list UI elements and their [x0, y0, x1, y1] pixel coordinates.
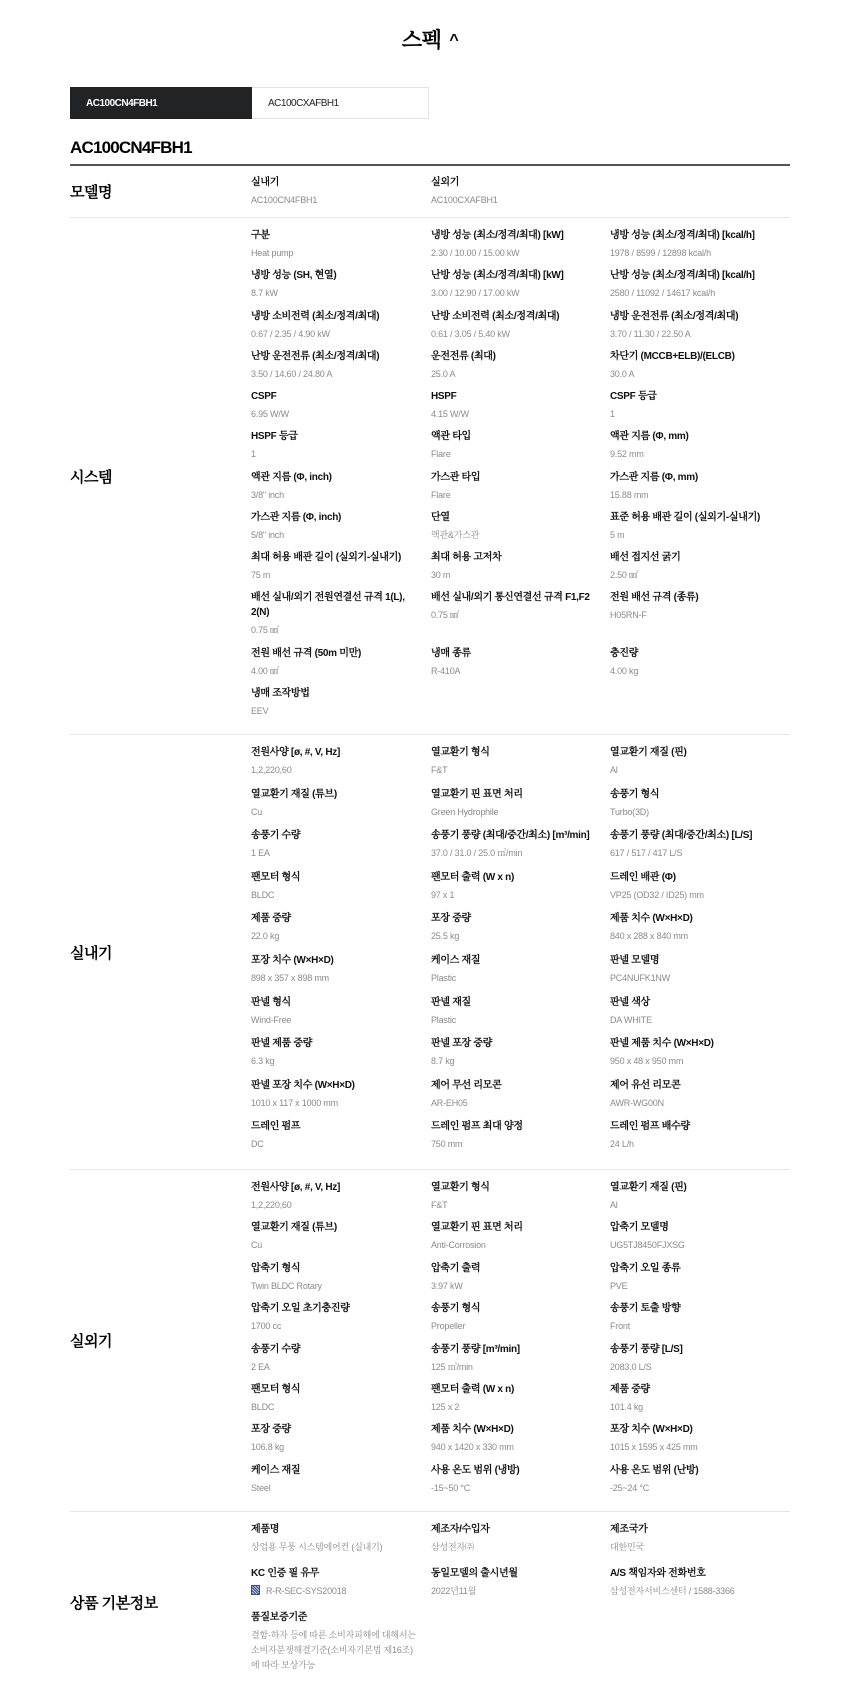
spec-item: 사용 온도 범위 (난방)-25~24 °C — [610, 1463, 790, 1503]
spec-value: 950 x 48 x 950 mm — [610, 1054, 778, 1069]
section-model: 모델명 실내기AC100CN4FBH1 실외기AC100CXAFBH1 — [70, 166, 790, 218]
spec-key: A/S 책임자와 전화번호 — [610, 1566, 778, 1581]
spec-key: 냉방 소비전력 (최소/정격/최대) — [251, 309, 419, 324]
spec-item: 판넬 형식Wind-Free — [251, 995, 431, 1037]
spec-item: 송풍기 풍량 (최대/중간/최소) [m³/min]37.0 / 31.0 / … — [431, 828, 610, 870]
section-system: 시스템 구분Heat pump냉방 성능 (최소/정격/최대) [kW]2.30… — [70, 218, 790, 735]
spec-item: 액관 지름 (Φ, inch)3/8" inch — [251, 470, 431, 510]
spec-value: Green Hydrophile — [431, 805, 598, 820]
spec-value: Plastic — [431, 971, 598, 986]
spec-value: VP25 (OD32 / ID25) mm — [610, 888, 778, 903]
spec-key: 냉매 조작방법 — [251, 686, 419, 701]
spec-item: 드레인 펌프 최대 양정750 mm — [431, 1119, 610, 1161]
spec-key: 가스관 지름 (Φ, inch) — [251, 510, 419, 525]
spec-item: 단열액관&가스관 — [431, 510, 610, 550]
spec-key: 판넬 색상 — [610, 995, 778, 1010]
spec-key: 난방 성능 (최소/정격/최대) [kcal/h] — [610, 268, 778, 283]
spec-value-text: R-R-SEC-SYS20018 — [266, 1586, 346, 1596]
spec-section-toggle[interactable]: 스펙^ — [0, 24, 860, 54]
spec-item: 사용 온도 범위 (냉방)-15~50 °C — [431, 1463, 610, 1503]
spec-item: 구분Heat pump — [251, 228, 431, 268]
spec-item: 난방 소비전력 (최소/정격/최대)0.61 / 3.05 / 5.40 kW — [431, 309, 610, 349]
spec-item: 전원사양 [ø, #, V, Hz]1,2,220,60 — [251, 745, 431, 787]
spec-value: Heat pump — [251, 246, 419, 261]
spec-item: 판넬 제품 중량6.3 kg — [251, 1036, 431, 1078]
spec-value: PVE — [610, 1279, 778, 1294]
spec-item: 판넬 재질Plastic — [431, 995, 610, 1037]
spec-item: CSPF6.95 W/W — [251, 389, 431, 429]
spec-key: 판넬 재질 — [431, 995, 598, 1010]
spec-item: 제조국가대한민국 — [610, 1522, 790, 1566]
spec-value: 4.00 kg — [610, 664, 778, 679]
spec-item: 송풍기 풍량 [m³/min]125 ㎥/min — [431, 1342, 610, 1382]
spec-value: Al — [610, 763, 778, 778]
spec-item: 팬모터 출력 (W x n)125 x 2 — [431, 1382, 610, 1422]
spec-item: 드레인 펌프DC — [251, 1119, 431, 1161]
spec-key: 냉매 종류 — [431, 646, 598, 661]
spec-item: 판넬 포장 중량8.7 kg — [431, 1036, 610, 1078]
kc-certification-icon — [251, 1585, 260, 1595]
spec-key: 난방 성능 (최소/정격/최대) [kW] — [431, 268, 598, 283]
spec-value: 0.61 / 3.05 / 5.40 kW — [431, 327, 598, 342]
spec-item: 가스관 지름 (Φ, inch)5/8" inch — [251, 510, 431, 550]
spec-key: 열교환기 재질 (핀) — [610, 1180, 778, 1195]
spec-item: 판넬 제품 치수 (W×H×D)950 x 48 x 950 mm — [610, 1036, 790, 1078]
spec-key: 차단기 (MCCB+ELB)/(ELCB) — [610, 349, 778, 364]
spec-value: EEV — [251, 704, 419, 719]
spec-item: 가스관 지름 (Φ, mm)15.88 mm — [610, 470, 790, 510]
spec-item: 냉방 운전전류 (최소/정격/최대)3.70 / 11.30 / 22.50 A — [610, 309, 790, 349]
spec-key: 송풍기 풍량 [m³/min] — [431, 1342, 598, 1357]
spec-item: A/S 책임자와 전화번호삼성전자서비스센터 / 1588-3366 — [610, 1566, 790, 1610]
spec-item: 압축기 출력3.97 kW — [431, 1261, 610, 1301]
spec-item: 냉방 소비전력 (최소/정격/최대)0.67 / 2.35 / 4.90 kW — [251, 309, 431, 349]
spec-key: 열교환기 핀 표면 처리 — [431, 1220, 598, 1235]
chevron-up-icon[interactable]: ^ — [449, 32, 458, 50]
spec-item: KC 인증 필 유무R-R-SEC-SYS20018 — [251, 1566, 431, 1610]
spec-item: 압축기 오일 초기충진량1700 cc — [251, 1301, 431, 1341]
section-label: 시스템 — [70, 218, 251, 734]
spec-item: 액관 타입Flare — [431, 429, 610, 469]
spec-value: 1 EA — [251, 846, 419, 861]
spec-value: DA WHITE — [610, 1013, 778, 1028]
spec-item: 팬모터 형식BLDC — [251, 870, 431, 912]
spec-key: 판넬 모델명 — [610, 953, 778, 968]
spec-value: 2580 / 11092 / 14617 kcal/h — [610, 286, 778, 301]
spec-item: 제어 무선 리모콘AR-EH05 — [431, 1078, 610, 1120]
spec-key: 케이스 재질 — [431, 953, 598, 968]
spec-item: 배선 접지선 굵기2.50 ㎟ — [610, 550, 790, 590]
spec-key: 송풍기 형식 — [610, 787, 778, 802]
spec-value: PC4NUFK1NW — [610, 971, 778, 986]
spec-item: 최대 허용 고저차30 m — [431, 550, 610, 590]
spec-key: 실외기 — [431, 175, 598, 190]
spec-value: 3/8" inch — [251, 488, 419, 503]
spec-value: 6.3 kg — [251, 1054, 419, 1069]
spec-item: 실외기AC100CXAFBH1 — [431, 175, 610, 214]
spec-value: 6.95 W/W — [251, 407, 419, 422]
spec-item: 냉매 조작방법EEV — [251, 686, 431, 726]
spec-item: 팬모터 형식BLDC — [251, 1382, 431, 1422]
spec-item: 제어 유선 리모콘AWR-WG00N — [610, 1078, 790, 1120]
spec-item: HSPF 등급1 — [251, 429, 431, 469]
spec-item: 운전전류 (최대)25.0 A — [431, 349, 610, 389]
spec-value: 삼성전자㈜ — [431, 1540, 598, 1555]
spec-value: R-R-SEC-SYS20018 — [251, 1584, 419, 1599]
spec-value: Flare — [431, 447, 598, 462]
spec-value: 0.75 ㎟ — [431, 608, 598, 623]
spec-key: 전원사양 [ø, #, V, Hz] — [251, 1180, 419, 1195]
spec-key: 열교환기 재질 (튜브) — [251, 787, 419, 802]
spec-item: 제품 중량22.0 kg — [251, 911, 431, 953]
spec-table: 모델명 실내기AC100CN4FBH1 실외기AC100CXAFBH1 시스템 … — [70, 164, 790, 1687]
spec-item: 제품 치수 (W×H×D)840 x 288 x 840 mm — [610, 911, 790, 953]
spec-key: 판넬 제품 중량 — [251, 1036, 419, 1051]
spec-key: 판넬 제품 치수 (W×H×D) — [610, 1036, 778, 1051]
spec-item: 송풍기 형식Propeller — [431, 1301, 610, 1341]
section-label: 상품 기본정보 — [70, 1512, 251, 1687]
spec-item: 열교환기 형식F&T — [431, 1180, 610, 1220]
spec-item: 포장 중량25.5 kg — [431, 911, 610, 953]
spec-value: Cu — [251, 1238, 419, 1253]
section-body: 전원사양 [ø, #, V, Hz]1,2,220,60열교환기 형식F&T열교… — [251, 735, 790, 1169]
spec-value: -15~50 °C — [431, 1481, 598, 1496]
spec-value: 97 x 1 — [431, 888, 598, 903]
spec-value: 1 — [610, 407, 778, 422]
spec-key: 가스관 타입 — [431, 470, 598, 485]
spec-key: 드레인 펌프 최대 양정 — [431, 1119, 598, 1134]
spec-value: Front — [610, 1319, 778, 1334]
spec-item: 차단기 (MCCB+ELB)/(ELCB)30.0 A — [610, 349, 790, 389]
spec-item: 송풍기 풍량 (최대/중간/최소) [L/S]617 / 517 / 417 L… — [610, 828, 790, 870]
spec-item: HSPF4.15 W/W — [431, 389, 610, 429]
spec-item: 품질보증기준결함·하자 등에 따른 소비자피해에 대해서는 소비자분쟁해결기준(… — [251, 1610, 431, 1684]
spec-item: 송풍기 형식Turbo(3D) — [610, 787, 790, 829]
spec-value: 1,2,220,60 — [251, 1198, 419, 1213]
spec-value: 2083.0 L/S — [610, 1360, 778, 1375]
spec-key: 열교환기 재질 (튜브) — [251, 1220, 419, 1235]
spec-item: 송풍기 수량1 EA — [251, 828, 431, 870]
spec-value: AR-EH05 — [431, 1096, 598, 1111]
spec-item: 전원 배선 규격 (종류)H05RN-F — [610, 590, 790, 645]
model-heading: AC100CN4FBH1 — [70, 138, 192, 158]
spec-value: 5 m — [610, 528, 778, 543]
spec-item: 송풍기 토출 방향Front — [610, 1301, 790, 1341]
spec-key: 포장 치수 (W×H×D) — [610, 1422, 778, 1437]
spec-item: 동일모델의 출시년월2022년11월 — [431, 1566, 610, 1610]
spec-value: H05RN-F — [610, 608, 778, 623]
spec-item: 난방 성능 (최소/정격/최대) [kW]3.00 / 12.90 / 17.0… — [431, 268, 610, 308]
spec-value: 삼성전자서비스센터 / 1588-3366 — [610, 1584, 778, 1599]
spec-item: 제조자/수입자삼성전자㈜ — [431, 1522, 610, 1566]
section-label: 실내기 — [70, 735, 251, 1169]
spec-item: 실내기AC100CN4FBH1 — [251, 175, 431, 214]
spec-key: 판넬 포장 중량 — [431, 1036, 598, 1051]
spec-item: 가스관 타입Flare — [431, 470, 610, 510]
spec-item: 송풍기 수량2 EA — [251, 1342, 431, 1382]
spec-value: DC — [251, 1137, 419, 1152]
spec-key: 전원 배선 규격 (종류) — [610, 590, 778, 605]
spec-value: 30 m — [431, 568, 598, 583]
spec-key: HSPF — [431, 389, 598, 404]
spec-key: 포장 중량 — [251, 1422, 419, 1437]
section-basic-info: 상품 기본정보 제품명상업용 무풍 시스템에어컨 (실내기)제조자/수입자삼성전… — [70, 1512, 790, 1687]
spec-value: 2022년11월 — [431, 1584, 598, 1599]
spec-value: 5/8" inch — [251, 528, 419, 543]
spec-key: 충진량 — [610, 646, 778, 661]
spec-key: 판넬 형식 — [251, 995, 419, 1010]
spec-item: 포장 치수 (W×H×D)898 x 357 x 898 mm — [251, 953, 431, 995]
spec-key: 실내기 — [251, 175, 419, 190]
spec-value: 106.8 kg — [251, 1440, 419, 1455]
spec-item: CSPF 등급1 — [610, 389, 790, 429]
spec-value: 898 x 357 x 898 mm — [251, 971, 419, 986]
spec-item: 열교환기 핀 표면 처리Green Hydrophile — [431, 787, 610, 829]
spec-key: 가스관 지름 (Φ, mm) — [610, 470, 778, 485]
model-tabs: AC100CN4FBH1 AC100CXAFBH1 — [70, 87, 429, 119]
section-label: 모델명 — [70, 166, 251, 217]
spec-value: AC100CXAFBH1 — [431, 193, 598, 208]
spec-value: 750 mm — [431, 1137, 598, 1152]
spec-key: 열교환기 재질 (핀) — [610, 745, 778, 760]
spec-key: 제품 중량 — [251, 911, 419, 926]
spec-key: 드레인 배관 (Φ) — [610, 870, 778, 885]
spec-key: 제품 치수 (W×H×D) — [431, 1422, 598, 1437]
spec-value: 4.15 W/W — [431, 407, 598, 422]
spec-key: 송풍기 풍량 (최대/중간/최소) [m³/min] — [431, 828, 598, 843]
spec-key: 압축기 출력 — [431, 1261, 598, 1276]
spec-value: 1978 / 8599 / 12898 kcal/h — [610, 246, 778, 261]
spec-key: 압축기 오일 종류 — [610, 1261, 778, 1276]
spec-value: 1700 cc — [251, 1319, 419, 1334]
spec-key: 팬모터 형식 — [251, 870, 419, 885]
spec-key: 동일모델의 출시년월 — [431, 1566, 598, 1581]
spec-key: CSPF 등급 — [610, 389, 778, 404]
spec-key: 드레인 펌프 배수량 — [610, 1119, 778, 1134]
spec-key: 사용 온도 범위 (난방) — [610, 1463, 778, 1478]
spec-key: 제품명 — [251, 1522, 419, 1537]
spec-value: 액관&가스관 — [431, 528, 598, 543]
spec-item: 열교환기 재질 (튜브)Cu — [251, 1220, 431, 1260]
spec-key: 압축기 오일 초기충진량 — [251, 1301, 419, 1316]
spec-value: 2.50 ㎟ — [610, 568, 778, 583]
spec-key: 냉방 성능 (최소/정격/최대) [kcal/h] — [610, 228, 778, 243]
spec-key: 송풍기 풍량 [L/S] — [610, 1342, 778, 1357]
section-body: 구분Heat pump냉방 성능 (최소/정격/최대) [kW]2.30 / 1… — [251, 218, 790, 734]
spec-key: 표준 허용 배관 길이 (실외기-실내기) — [610, 510, 778, 525]
spec-item: 압축기 형식Twin BLDC Rotary — [251, 1261, 431, 1301]
spec-item: 액관 지름 (Φ, mm)9.52 mm — [610, 429, 790, 469]
spec-value: 8.7 kW — [251, 286, 419, 301]
spec-key: 배선 접지선 굵기 — [610, 550, 778, 565]
spec-key: 팬모터 출력 (W x n) — [431, 1382, 598, 1397]
spec-value: Flare — [431, 488, 598, 503]
spec-key: 열교환기 형식 — [431, 1180, 598, 1195]
spec-item: 냉매 종류R-410A — [431, 646, 610, 686]
spec-value: Anti-Corrosion — [431, 1238, 598, 1253]
spec-item: 케이스 재질Steel — [251, 1463, 431, 1503]
spec-value: 30.0 A — [610, 367, 778, 382]
spec-key: 액관 지름 (Φ, inch) — [251, 470, 419, 485]
spec-item: 판넬 모델명PC4NUFK1NW — [610, 953, 790, 995]
spec-key: 최대 허용 배관 길이 (실외기-실내기) — [251, 550, 419, 565]
spec-value: 125 x 2 — [431, 1400, 598, 1415]
spec-value: 1 — [251, 447, 419, 462]
spec-value: BLDC — [251, 1400, 419, 1415]
spec-key: 제품 치수 (W×H×D) — [610, 911, 778, 926]
spec-item: 팬모터 출력 (W x n)97 x 1 — [431, 870, 610, 912]
spec-key: 액관 지름 (Φ, mm) — [610, 429, 778, 444]
spec-value: Propeller — [431, 1319, 598, 1334]
spec-key: 제어 유선 리모콘 — [610, 1078, 778, 1093]
spec-value: Twin BLDC Rotary — [251, 1279, 419, 1294]
spec-value: 2.30 / 10.00 / 15.00 kW — [431, 246, 598, 261]
spec-value: 840 x 288 x 840 mm — [610, 929, 778, 944]
spec-item: 송풍기 풍량 [L/S]2083.0 L/S — [610, 1342, 790, 1382]
spec-key: 전원사양 [ø, #, V, Hz] — [251, 745, 419, 760]
spec-value: 24 L/h — [610, 1137, 778, 1152]
tab-model-indoor[interactable]: AC100CN4FBH1 — [70, 87, 252, 119]
spec-key: 포장 치수 (W×H×D) — [251, 953, 419, 968]
spec-key: 단열 — [431, 510, 598, 525]
spec-key: 송풍기 토출 방향 — [610, 1301, 778, 1316]
spec-item: 열교환기 재질 (핀)Al — [610, 1180, 790, 1220]
spec-item: 난방 성능 (최소/정격/최대) [kcal/h]2580 / 11092 / … — [610, 268, 790, 308]
spec-value: BLDC — [251, 888, 419, 903]
spec-value: 15.88 mm — [610, 488, 778, 503]
spec-item: 제품 중량101.4 kg — [610, 1382, 790, 1422]
spec-key: 팬모터 출력 (W x n) — [431, 870, 598, 885]
spec-value: 1015 x 1595 x 425 mm — [610, 1440, 778, 1455]
spec-item: 전원 배선 규격 (50m 미만)4.00 ㎟ — [251, 646, 431, 686]
spec-key: 케이스 재질 — [251, 1463, 419, 1478]
spec-value: Turbo(3D) — [610, 805, 778, 820]
spec-value: 3.97 kW — [431, 1279, 598, 1294]
spec-key: 송풍기 수량 — [251, 1342, 419, 1357]
spec-key: 사용 온도 범위 (냉방) — [431, 1463, 598, 1478]
spec-key: 포장 중량 — [431, 911, 598, 926]
spec-key: 제품 중량 — [610, 1382, 778, 1397]
spec-key: 판넬 포장 치수 (W×H×D) — [251, 1078, 419, 1093]
spec-key: 냉방 성능 (최소/정격/최대) [kW] — [431, 228, 598, 243]
spec-item: 난방 운전전류 (최소/정격/최대)3.50 / 14.60 / 24.80 A — [251, 349, 431, 389]
section-label: 실외기 — [70, 1170, 251, 1511]
spec-key: 제조국가 — [610, 1522, 778, 1537]
spec-key: 열교환기 형식 — [431, 745, 598, 760]
spec-value: 2 EA — [251, 1360, 419, 1375]
spec-value: 상업용 무풍 시스템에어컨 (실내기) — [251, 1540, 419, 1555]
tab-model-outdoor[interactable]: AC100CXAFBH1 — [252, 87, 429, 119]
spec-key: 팬모터 형식 — [251, 1382, 419, 1397]
spec-key: 난방 운전전류 (최소/정격/최대) — [251, 349, 419, 364]
spec-item: 배선 실내/외기 통신연결선 규격 F1,F20.75 ㎟ — [431, 590, 610, 645]
spec-item: 냉방 성능 (최소/정격/최대) [kW]2.30 / 10.00 / 15.0… — [431, 228, 610, 268]
spec-item: 배선 실내/외기 전원연결선 규격 1(L), 2(N)0.75 ㎟ — [251, 590, 431, 645]
spec-key: KC 인증 필 유무 — [251, 1566, 419, 1581]
section-indoor: 실내기 전원사양 [ø, #, V, Hz]1,2,220,60열교환기 형식F… — [70, 735, 790, 1170]
spec-value: 0.67 / 2.35 / 4.90 kW — [251, 327, 419, 342]
spec-key: 압축기 모델명 — [610, 1220, 778, 1235]
spec-item: 제품 치수 (W×H×D)940 x 1420 x 330 mm — [431, 1422, 610, 1462]
spec-key: 품질보증기준 — [251, 1610, 419, 1625]
spec-value: AWR-WG00N — [610, 1096, 778, 1111]
spec-key: 난방 소비전력 (최소/정격/최대) — [431, 309, 598, 324]
spec-value: 3.50 / 14.60 / 24.80 A — [251, 367, 419, 382]
spec-value: 0.75 ㎟ — [251, 623, 419, 638]
spec-value: 4.00 ㎟ — [251, 664, 419, 679]
spec-key: 냉방 성능 (SH, 현열) — [251, 268, 419, 283]
spec-value: F&T — [431, 763, 598, 778]
spec-item: 최대 허용 배관 길이 (실외기-실내기)75 m — [251, 550, 431, 590]
spec-item: 표준 허용 배관 길이 (실외기-실내기)5 m — [610, 510, 790, 550]
spec-key: 송풍기 수량 — [251, 828, 419, 843]
spec-key: 배선 실내/외기 전원연결선 규격 1(L), 2(N) — [251, 590, 419, 620]
spec-value: 75 m — [251, 568, 419, 583]
spec-item: 열교환기 핀 표면 처리Anti-Corrosion — [431, 1220, 610, 1260]
spec-key: 냉방 운전전류 (최소/정격/최대) — [610, 309, 778, 324]
spec-key: 액관 타입 — [431, 429, 598, 444]
spec-value: Wind-Free — [251, 1013, 419, 1028]
spec-item: 열교환기 형식F&T — [431, 745, 610, 787]
spec-value: Cu — [251, 805, 419, 820]
page-title: 스펙 — [402, 29, 442, 52]
spec-item: 제품명상업용 무풍 시스템에어컨 (실내기) — [251, 1522, 431, 1566]
spec-value: 940 x 1420 x 330 mm — [431, 1440, 598, 1455]
spec-value: Plastic — [431, 1013, 598, 1028]
spec-value: AC100CN4FBH1 — [251, 193, 419, 208]
section-body: 전원사양 [ø, #, V, Hz]1,2,220,60열교환기 형식F&T열교… — [251, 1170, 790, 1511]
spec-item: 포장 중량106.8 kg — [251, 1422, 431, 1462]
spec-key: HSPF 등급 — [251, 429, 419, 444]
spec-value: 37.0 / 31.0 / 25.0 ㎥/min — [431, 846, 598, 861]
spec-item: 포장 치수 (W×H×D)1015 x 1595 x 425 mm — [610, 1422, 790, 1462]
spec-item: 전원사양 [ø, #, V, Hz]1,2,220,60 — [251, 1180, 431, 1220]
section-body: 실내기AC100CN4FBH1 실외기AC100CXAFBH1 — [251, 166, 790, 217]
spec-item: 열교환기 재질 (튜브)Cu — [251, 787, 431, 829]
spec-key: 구분 — [251, 228, 419, 243]
spec-value: Al — [610, 1198, 778, 1213]
spec-value: 8.7 kg — [431, 1054, 598, 1069]
spec-key: 압축기 형식 — [251, 1261, 419, 1276]
spec-key: 제어 무선 리모콘 — [431, 1078, 598, 1093]
spec-value: F&T — [431, 1198, 598, 1213]
spec-key: 운전전류 (최대) — [431, 349, 598, 364]
spec-item: 압축기 모델명UG5TJ8450FJXSG — [610, 1220, 790, 1260]
spec-value: 3.70 / 11.30 / 22.50 A — [610, 327, 778, 342]
spec-item: 드레인 펌프 배수량24 L/h — [610, 1119, 790, 1161]
spec-value: 25.5 kg — [431, 929, 598, 944]
spec-value: Steel — [251, 1481, 419, 1496]
spec-item: 열교환기 재질 (핀)Al — [610, 745, 790, 787]
spec-key: 최대 허용 고저차 — [431, 550, 598, 565]
spec-item: 냉방 성능 (최소/정격/최대) [kcal/h]1978 / 8599 / 1… — [610, 228, 790, 268]
spec-value: 9.52 mm — [610, 447, 778, 462]
spec-item: 판넬 색상DA WHITE — [610, 995, 790, 1037]
spec-value: 25.0 A — [431, 367, 598, 382]
spec-key: 제조자/수입자 — [431, 1522, 598, 1537]
spec-key: 전원 배선 규격 (50m 미만) — [251, 646, 419, 661]
spec-value: R-410A — [431, 664, 598, 679]
spec-item: 충진량4.00 kg — [610, 646, 790, 686]
spec-value: 125 ㎥/min — [431, 1360, 598, 1375]
spec-value: 대한민국 — [610, 1540, 778, 1555]
spec-value: 22.0 kg — [251, 929, 419, 944]
section-outdoor: 실외기 전원사양 [ø, #, V, Hz]1,2,220,60열교환기 형식F… — [70, 1170, 790, 1512]
spec-item: 케이스 재질Plastic — [431, 953, 610, 995]
spec-key: 송풍기 형식 — [431, 1301, 598, 1316]
spec-key: 송풍기 풍량 (최대/중간/최소) [L/S] — [610, 828, 778, 843]
spec-value: 617 / 517 / 417 L/S — [610, 846, 778, 861]
